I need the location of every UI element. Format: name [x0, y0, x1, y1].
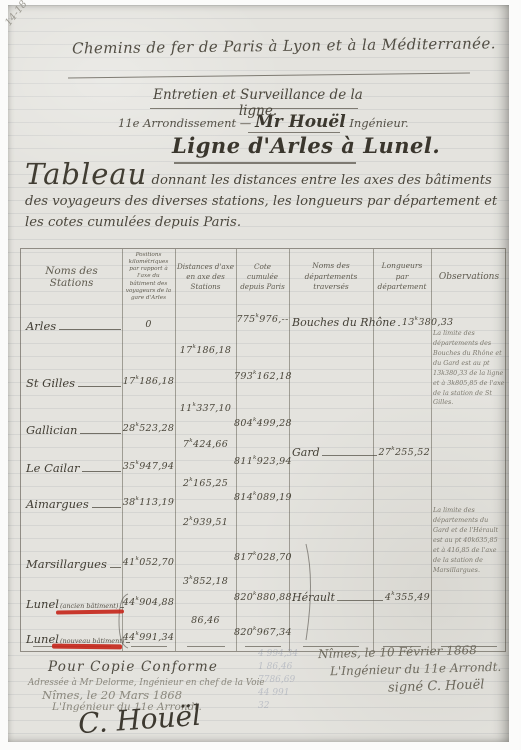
- cote-value: 811k923,94: [234, 456, 291, 467]
- table-column-line: [236, 249, 237, 651]
- intro-paragraph: Tableau donnant les distances entre les …: [25, 164, 505, 233]
- gap-distance: 86,46: [175, 615, 236, 626]
- gap-distance: 7k424,66: [175, 439, 236, 450]
- pencil-calc-line: 32: [258, 700, 328, 713]
- dash-filler: [78, 379, 121, 387]
- departement-name: Gard: [292, 446, 320, 459]
- departement-row: Bouches du Rhône 13k380,33: [292, 315, 430, 329]
- departement-length: 13k380,33: [402, 317, 454, 328]
- station-label: Arles: [26, 319, 56, 333]
- table-column-line: [431, 249, 432, 651]
- observation-note: La limite des départements du Gard et de…: [433, 506, 505, 575]
- herault-group-brace: [303, 541, 317, 643]
- dash-filler: [82, 464, 121, 472]
- station-name: Marsillargues: [26, 557, 121, 571]
- table-row: Le Cailar 35k947,94 811k923,94: [21, 461, 507, 479]
- intro-lead-word: Tableau: [25, 157, 147, 191]
- station-name: Gallician: [26, 423, 121, 437]
- station-label: Marsillargues: [26, 557, 107, 571]
- cote-value: 820k967,34: [234, 627, 291, 638]
- departement-name: Bouches du Rhône: [292, 316, 396, 329]
- position-value: 17k186,18: [122, 376, 175, 387]
- station-label: Gallician: [26, 423, 77, 437]
- gap-distance: 17k186,18: [175, 345, 236, 356]
- left-place-date: Nîmes, le 20 Mars 1868: [42, 688, 182, 702]
- cote-value: 775k976,--: [234, 314, 291, 325]
- header-cote: Cote cumulée depuis Paris: [238, 252, 287, 302]
- dash-filler: [110, 560, 121, 568]
- distance-table: Noms des Stations Positions kilométrique…: [20, 248, 506, 652]
- station-name: Aimargues: [26, 497, 121, 511]
- cote-value: 820k880,88: [234, 592, 291, 603]
- departement-length: 27k255,52: [379, 447, 431, 458]
- header-longueurs: Longueurs par département: [375, 252, 429, 302]
- dash-filler: [398, 315, 400, 326]
- station-label: Aimargues: [26, 497, 89, 511]
- position-value: 41k052,70: [122, 557, 175, 568]
- observation-note: La limite des départements des Bouches d…: [433, 329, 505, 408]
- header-stations: Noms des Stations: [23, 252, 120, 302]
- cote-value: 814k089,19: [234, 492, 291, 503]
- dash-filler: [80, 426, 121, 434]
- station-label: Lunel: [26, 597, 59, 611]
- cote-value: 817k028,70: [234, 552, 291, 563]
- gap-distance: 3k852,18: [175, 576, 236, 587]
- pencil-calc-line: 44 991: [258, 687, 328, 700]
- station-label: St Gilles: [26, 376, 75, 390]
- station-label: Le Cailar: [26, 461, 79, 475]
- dash-filler: [59, 322, 121, 330]
- pencil-calc-line: 7786,69: [258, 674, 328, 687]
- gap-distance: 2k939,51: [175, 517, 236, 528]
- station-name: Le Cailar: [26, 461, 121, 475]
- departement-length: 4k355,49: [385, 592, 430, 603]
- header-departements: Noms des départements traversés: [291, 252, 371, 302]
- engineer-title: Ingénieur.: [349, 116, 408, 130]
- dash-filler: [92, 500, 121, 508]
- position-value: 35k947,94: [122, 461, 175, 472]
- red-underline-nouveau: [52, 644, 122, 649]
- pencil-calc-line: 1 86,46: [258, 661, 328, 674]
- line-title: Ligne d'Arles à Lunel.: [172, 133, 440, 158]
- header-positions: Positions kilométriques par rapport à l'…: [124, 252, 173, 302]
- gap-distance: 2k165,25: [175, 478, 236, 489]
- copy-conforme-label: Pour Copie Conforme: [48, 659, 218, 675]
- district-line: 11e Arrondissement — Mr Houël Ingénieur.: [118, 112, 428, 132]
- header-distances: Distances d'axe en axe des Stations: [177, 252, 234, 302]
- position-value: 38k113,19: [122, 497, 175, 508]
- position-value: 28k523,28: [122, 423, 175, 434]
- position-value: 0: [122, 319, 175, 330]
- table-column-line: [289, 249, 290, 651]
- departement-row: Gard 27k255,52: [292, 445, 430, 459]
- dash-filler: [337, 590, 383, 601]
- cote-value: 793k162,18: [234, 371, 291, 382]
- dash-filler: [322, 445, 377, 456]
- service-underline: [150, 108, 358, 109]
- table-row: Gallician 28k523,28 804k499,28: [21, 423, 507, 441]
- engineer-name: Mr Houël: [255, 112, 346, 132]
- addressed-note: Adressée à Mr Delorme, Ingénieur en chef…: [28, 678, 265, 688]
- station-name: St Gilles: [26, 376, 121, 390]
- scanned-document: 14-18 Chemins de fer de Paris à Lyon et …: [0, 0, 521, 750]
- district-label: 11e Arrondissement —: [118, 116, 251, 130]
- gap-distance: 11k337,10: [175, 403, 236, 414]
- station-name: Arles: [26, 319, 121, 333]
- header-observations: Observations: [433, 252, 505, 302]
- cote-value: 804k499,28: [234, 418, 291, 429]
- lunel-group-bracket: [116, 591, 130, 651]
